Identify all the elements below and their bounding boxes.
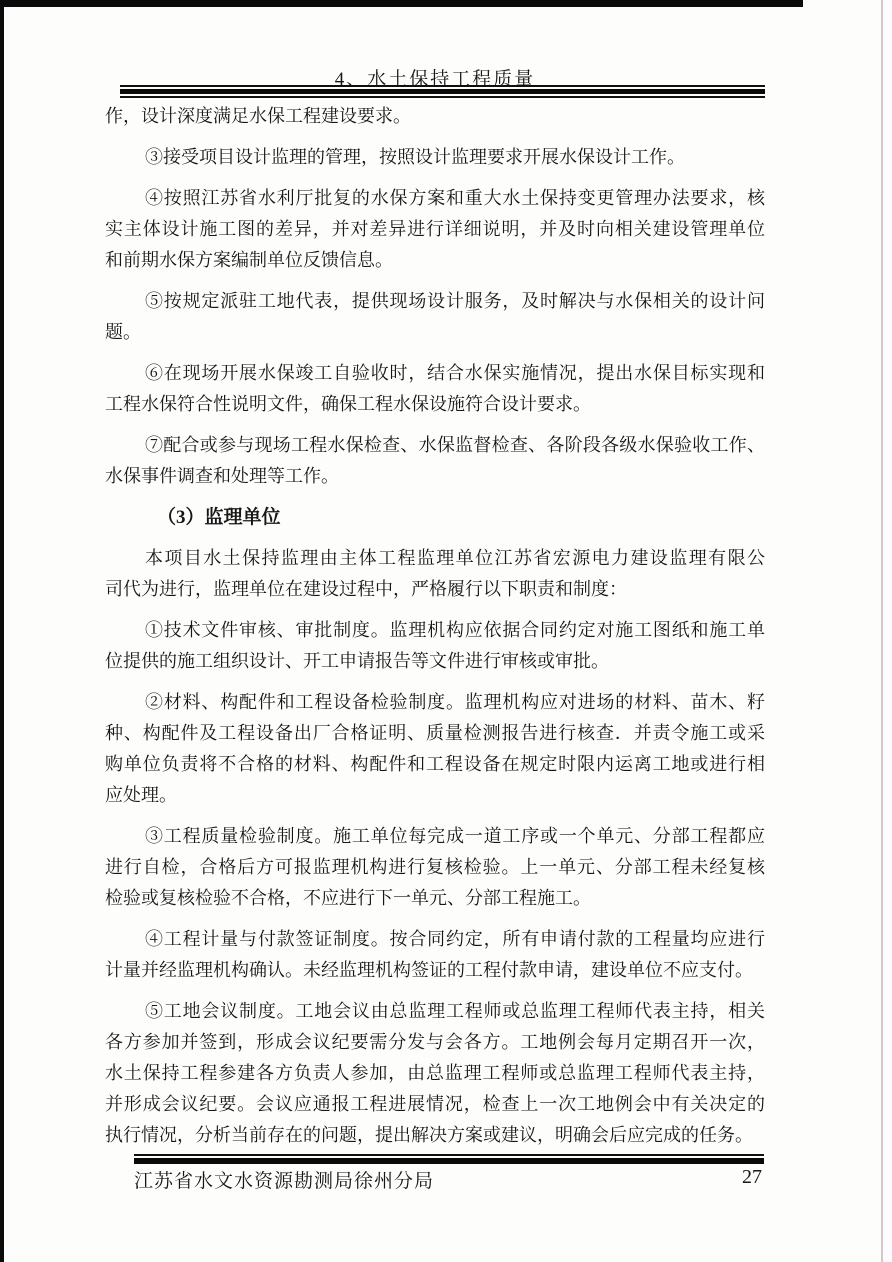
document-body: 作，设计深度满足水保工程建设要求。③接受项目设计监理的管理，按照设计监理要求开展… xyxy=(105,101,765,1151)
text-line: 进行自检，合格后方可报监理机构进行复核检验。上一单元、分部工程未经复核 xyxy=(105,852,765,883)
text-line: 和前期水保方案编制单位反馈信息。 xyxy=(105,245,765,276)
text-line: （3）监理单位 xyxy=(105,502,765,533)
footer-rule-thick xyxy=(134,1158,764,1164)
text-line: 计量并经监理机构确认。未经监理机构签证的工程付款申请，建设单位不应支付。 xyxy=(105,955,765,986)
text-line: 本项目水土保持监理由主体工程监理单位江苏省宏源电力建设监理有限公 xyxy=(105,543,765,574)
text-line: ④按照江苏省水利厅批复的水保方案和重大水土保持变更管理办法要求，核 xyxy=(105,183,765,214)
footer-organization: 江苏省水文水资源勘测局徐州分局 xyxy=(134,1166,434,1193)
paragraph: ⑥在现场开展水保竣工自验收时，结合水保实施情况，提出水保目标实现和工程水保符合性… xyxy=(105,358,765,420)
paragraph: 作，设计深度满足水保工程建设要求。 xyxy=(105,101,765,132)
text-line: 题。 xyxy=(105,317,765,348)
text-line: ⑥在现场开展水保竣工自验收时，结合水保实施情况，提出水保目标实现和 xyxy=(105,358,765,389)
text-line: ②材料、构配件和工程设备检验制度。监理机构应对进场的材料、苗木、籽 xyxy=(105,687,765,718)
paragraph: ⑦配合或参与现场工程水保检查、水保监督检查、各阶段各级水保验收工作、水保事件调查… xyxy=(105,430,765,492)
page-footer: 江苏省水文水资源勘测局徐州分局 27 xyxy=(134,1166,764,1193)
scan-edge-top xyxy=(0,0,803,7)
text-line: 水保事件调查和处理等工作。 xyxy=(105,461,765,492)
text-line: 作，设计深度满足水保工程建设要求。 xyxy=(105,101,765,132)
paragraph: ④工程计量与付款签证制度。按合同约定，所有申请付款的工程量均应进行计量并经监理机… xyxy=(105,924,765,986)
text-line: ③工程质量检验制度。施工单位每完成一道工序或一个单元、分部工程都应 xyxy=(105,821,765,852)
scan-edge-right xyxy=(881,0,883,1262)
section-heading: （3）监理单位 xyxy=(105,502,765,533)
text-line: ④工程计量与付款签证制度。按合同约定，所有申请付款的工程量均应进行 xyxy=(105,924,765,955)
text-line: ⑦配合或参与现场工程水保检查、水保监督检查、各阶段各级水保验收工作、 xyxy=(105,430,765,461)
paragraph: ②材料、构配件和工程设备检验制度。监理机构应对进场的材料、苗木、籽种、构配件及工… xyxy=(105,687,765,811)
document-page: 4、水土保持工程质量 作，设计深度满足水保工程建设要求。③接受项目设计监理的管理… xyxy=(0,0,892,1262)
text-line: 种、构配件及工程设备出厂合格证明、质量检测报告进行核查．并责令施工或采 xyxy=(105,718,765,749)
text-line: 实主体设计施工图的差异，并对差异进行详细说明，并及时向相关建设管理单位 xyxy=(105,214,765,245)
text-line: 水土保持工程参建各方负责人参加，由总监理工程师或总监理工程师代表主持， xyxy=(105,1058,765,1089)
paragraph: ⑤工地会议制度。工地会议由总监理工程师或总监理工程师代表主持，相关各方参加并签到… xyxy=(105,996,765,1151)
scan-edge-left xyxy=(0,0,4,1262)
text-line: 位提供的施工组织设计、开工申请报告等文件进行审核或审批。 xyxy=(105,646,765,677)
text-line: 执行情况，分析当前存在的问题，提出解决方案或建议，明确会后应完成的任务。 xyxy=(105,1120,765,1151)
text-line: ①技术文件审核、审批制度。监理机构应依据合同约定对施工图纸和施工单 xyxy=(105,615,765,646)
paragraph: 本项目水土保持监理由主体工程监理单位江苏省宏源电力建设监理有限公司代为进行，监理… xyxy=(105,543,765,605)
text-line: 并形成会议纪要。会议应通报工程进展情况，检查上一次工地例会中有关决定的 xyxy=(105,1089,765,1120)
text-line: 工程水保符合性说明文件，确保工程水保设施符合设计要求。 xyxy=(105,389,765,420)
paragraph: ③工程质量检验制度。施工单位每完成一道工序或一个单元、分部工程都应进行自检，合格… xyxy=(105,821,765,914)
paragraph: ①技术文件审核、审批制度。监理机构应依据合同约定对施工图纸和施工单位提供的施工组… xyxy=(105,615,765,677)
text-line: 购单位负责将不合格的材料、构配件和工程设备在规定时限内运离工地或进行相 xyxy=(105,749,765,780)
footer-rule xyxy=(134,1154,764,1164)
paragraph: ③接受项目设计监理的管理，按照设计监理要求开展水保设计工作。 xyxy=(105,142,765,173)
text-line: ③接受项目设计监理的管理，按照设计监理要求开展水保设计工作。 xyxy=(105,142,765,173)
page-number: 27 xyxy=(742,1166,764,1189)
text-line: ⑤工地会议制度。工地会议由总监理工程师或总监理工程师代表主持，相关 xyxy=(105,996,765,1027)
text-line: ⑤按规定派驻工地代表，提供现场设计服务，及时解决与水保相关的设计问 xyxy=(105,286,765,317)
paragraph: ⑤按规定派驻工地代表，提供现场设计服务，及时解决与水保相关的设计问题。 xyxy=(105,286,765,348)
text-line: 检验或复核检验不合格，不应进行下一单元、分部工程施工。 xyxy=(105,883,765,914)
scan-right-margin xyxy=(883,0,892,1262)
paragraph: ④按照江苏省水利厅批复的水保方案和重大水土保持变更管理办法要求，核实主体设计施工… xyxy=(105,183,765,276)
header-rule xyxy=(120,85,765,98)
header-rule-thin-bottom xyxy=(120,96,765,98)
text-line: 应处理。 xyxy=(105,780,765,811)
text-line: 各方参加并签到，形成会议纪要需分发与会各方。工地例会每月定期召开一次， xyxy=(105,1027,765,1058)
text-line: 司代为进行，监理单位在建设过程中，严格履行以下职责和制度： xyxy=(105,574,765,605)
